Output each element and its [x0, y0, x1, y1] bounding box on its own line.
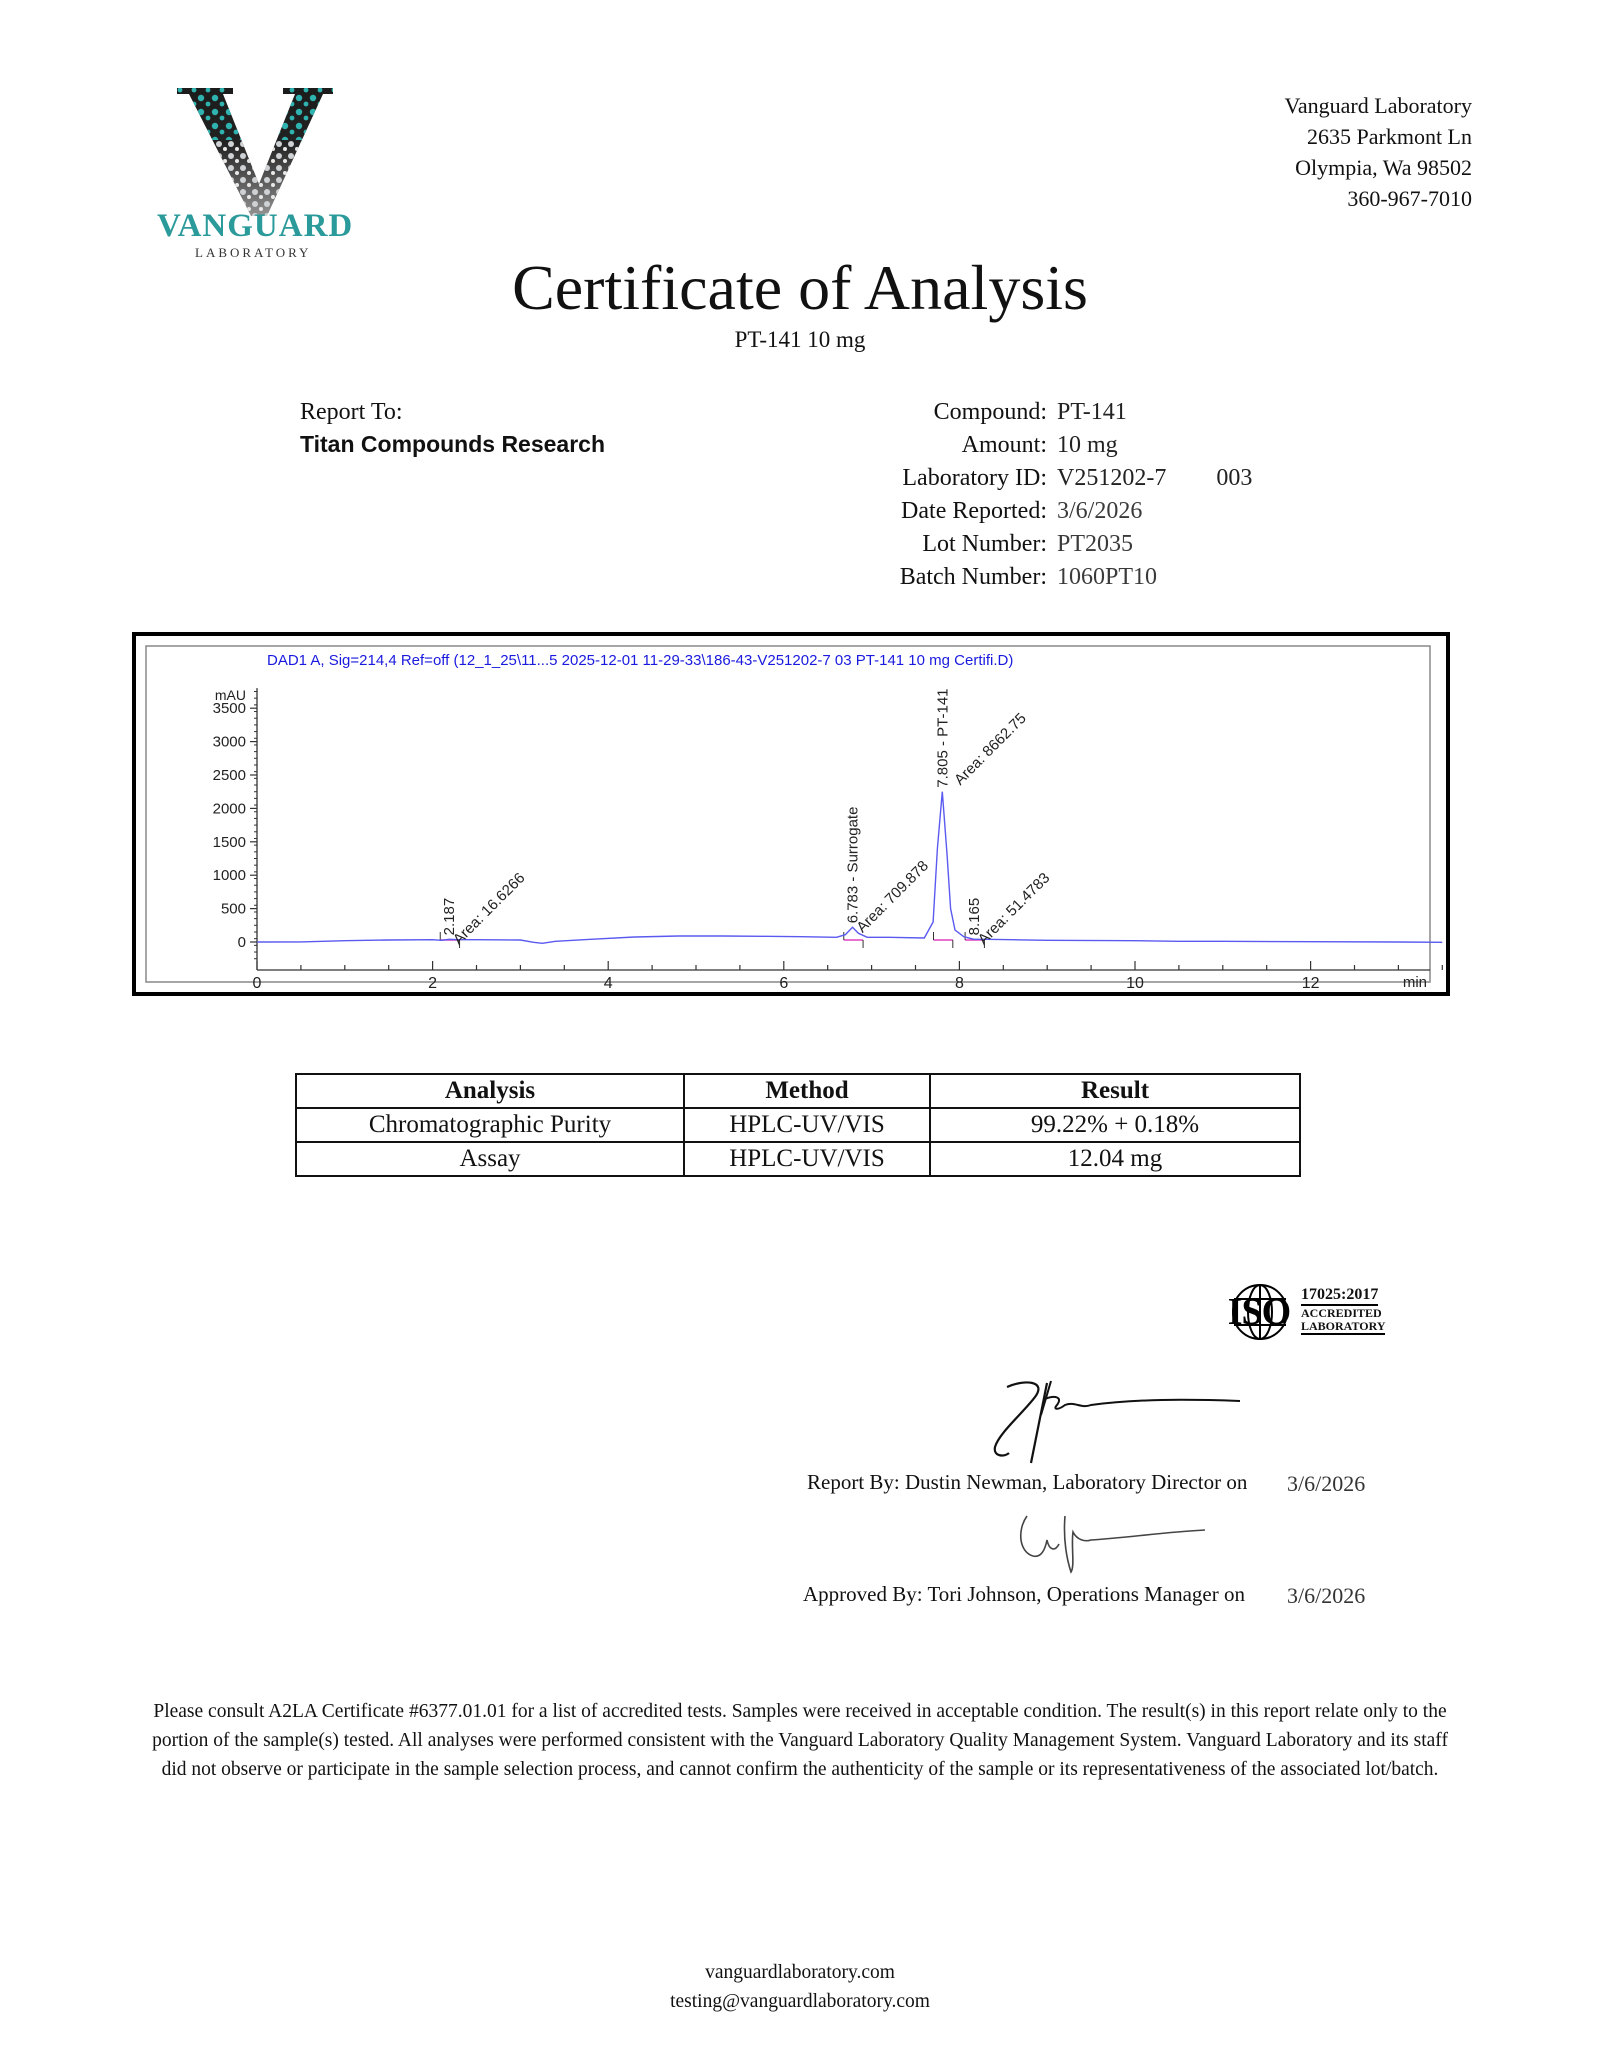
col-header-result: Result — [930, 1074, 1300, 1108]
vanguard-logo: VANGUARD LABORATORY — [155, 80, 355, 250]
client-name: Titan Compounds Research — [300, 428, 605, 460]
svg-text:12: 12 — [1302, 975, 1320, 992]
table-row: Chromatographic Purity HPLC-UV/VIS 99.22… — [296, 1108, 1300, 1142]
disclaimer-text: Please consult A2LA Certificate #6377.01… — [140, 1697, 1460, 1784]
approved-by-line: Approved By: Tori Johnson, Operations Ma… — [803, 1582, 1245, 1607]
svg-text:Area: 8662.75: Area: 8662.75 — [951, 710, 1030, 789]
info-extra: 003 — [1216, 462, 1252, 495]
svg-text:500: 500 — [221, 901, 246, 918]
report-to-block: Report To: Titan Compounds Research — [300, 396, 605, 460]
report-to-label: Report To: — [300, 396, 605, 428]
footer-email[interactable]: testing@vanguardlaboratory.com — [0, 1987, 1600, 2016]
svg-text:Area: 16.6266: Area: 16.6266 — [450, 869, 529, 948]
cell-result: 99.22% + 0.18% — [930, 1108, 1300, 1142]
report-by-text: Report By: Dustin Newman, Laboratory Dir… — [807, 1470, 1247, 1494]
info-label: Amount: — [800, 429, 1057, 462]
svg-text:Area: 709.878: Area: 709.878 — [853, 857, 932, 936]
col-header-analysis: Analysis — [296, 1074, 684, 1108]
sample-info: Compound: PT-141 Amount: 10 mg Laborator… — [800, 396, 1252, 594]
svg-text:2000: 2000 — [213, 800, 246, 817]
iso-accreditation-badge: ISO 17025:2017 ACCREDITED LABORATORY — [1222, 1283, 1412, 1341]
info-value: PT2035 — [1057, 528, 1133, 561]
svg-text:DAD1 A, Sig=214,4 Ref=off (12_: DAD1 A, Sig=214,4 Ref=off (12_1_25\11...… — [267, 652, 1013, 669]
svg-text:mAU: mAU — [215, 687, 246, 703]
info-row-lab-id: Laboratory ID: V251202-7 003 — [800, 462, 1252, 495]
signature-tori-johnson — [1015, 1510, 1215, 1580]
svg-text:6.783 - Surrogate: 6.783 - Surrogate — [845, 807, 862, 924]
iso-standard: 17025:2017 — [1301, 1286, 1378, 1306]
cell-result: 12.04 mg — [930, 1142, 1300, 1176]
info-value: 10 mg — [1057, 429, 1118, 462]
info-row-compound: Compound: PT-141 — [800, 396, 1252, 429]
results-table: Analysis Method Result Chromatographic P… — [295, 1073, 1301, 1177]
info-row-lot-number: Lot Number: PT2035 — [800, 528, 1252, 561]
info-label: Date Reported: — [800, 495, 1057, 528]
approved-by-text: Approved By: Tori Johnson, Operations Ma… — [803, 1582, 1245, 1606]
info-row-date-reported: Date Reported: 3/6/2026 — [800, 495, 1252, 528]
lab-address: Vanguard Laboratory 2635 Parkmont Ln Oly… — [1284, 90, 1472, 214]
info-label: Laboratory ID: — [800, 462, 1057, 495]
info-row-amount: Amount: 10 mg — [800, 429, 1252, 462]
svg-text:7.805 - PT-141: 7.805 - PT-141 — [934, 688, 951, 787]
svg-text:0: 0 — [238, 934, 246, 951]
report-by-line: Report By: Dustin Newman, Laboratory Dir… — [807, 1470, 1247, 1495]
info-label: Lot Number: — [800, 528, 1057, 561]
info-value: 1060PT10 — [1057, 561, 1157, 594]
svg-text:2500: 2500 — [213, 767, 246, 784]
info-label: Compound: — [800, 396, 1057, 429]
logo-wordmark: VANGUARD — [157, 210, 353, 243]
svg-text:min: min — [1403, 974, 1427, 991]
svg-text:4: 4 — [604, 975, 613, 992]
info-label: Batch Number: — [800, 561, 1057, 594]
lab-name: Vanguard Laboratory — [1284, 90, 1472, 121]
iso-laboratory: LABORATORY — [1301, 1320, 1385, 1335]
svg-text:10: 10 — [1126, 975, 1144, 992]
info-row-batch-number: Batch Number: 1060PT10 — [800, 561, 1252, 594]
cell-analysis: Assay — [296, 1142, 684, 1176]
approved-by-date: 3/6/2026 — [1287, 1583, 1365, 1609]
v-logo-icon — [155, 80, 355, 220]
iso-text: ISO — [1222, 1290, 1296, 1334]
svg-text:3000: 3000 — [213, 734, 246, 751]
table-row: Assay HPLC-UV/VIS 12.04 mg — [296, 1142, 1300, 1176]
info-value: V251202-7 — [1057, 462, 1166, 495]
report-by-date: 3/6/2026 — [1287, 1471, 1365, 1497]
lab-city: Olympia, Wa 98502 — [1284, 152, 1472, 183]
cell-method: HPLC-UV/VIS — [684, 1142, 930, 1176]
footer-website[interactable]: vanguardlaboratory.com — [0, 1958, 1600, 1987]
info-value: PT-141 — [1057, 396, 1127, 429]
cell-method: HPLC-UV/VIS — [684, 1108, 930, 1142]
col-header-method: Method — [684, 1074, 930, 1108]
svg-text:Area: 51.4783: Area: 51.4783 — [975, 869, 1054, 948]
lab-street: 2635 Parkmont Ln — [1284, 121, 1472, 152]
page-title: Certificate of Analysis — [0, 248, 1600, 328]
cell-analysis: Chromatographic Purity — [296, 1108, 684, 1142]
table-header-row: Analysis Method Result — [296, 1074, 1300, 1108]
chromatogram-plot: DAD1 A, Sig=214,4 Ref=off (12_1_25\11...… — [136, 636, 1446, 992]
svg-text:1500: 1500 — [213, 834, 246, 851]
svg-text:1000: 1000 — [213, 867, 246, 884]
svg-text:6: 6 — [779, 975, 788, 992]
page-subtitle: PT-141 10 mg — [0, 327, 1600, 353]
footer: vanguardlaboratory.com testing@vanguardl… — [0, 1958, 1600, 2016]
svg-text:2: 2 — [428, 975, 437, 992]
svg-text:0: 0 — [253, 975, 262, 992]
signature-dustin-newman — [985, 1375, 1245, 1465]
svg-text:8: 8 — [955, 975, 964, 992]
info-value: 3/6/2026 — [1057, 495, 1142, 528]
lab-phone: 360-967-7010 — [1284, 183, 1472, 214]
chromatogram: DAD1 A, Sig=214,4 Ref=off (12_1_25\11...… — [132, 632, 1450, 996]
